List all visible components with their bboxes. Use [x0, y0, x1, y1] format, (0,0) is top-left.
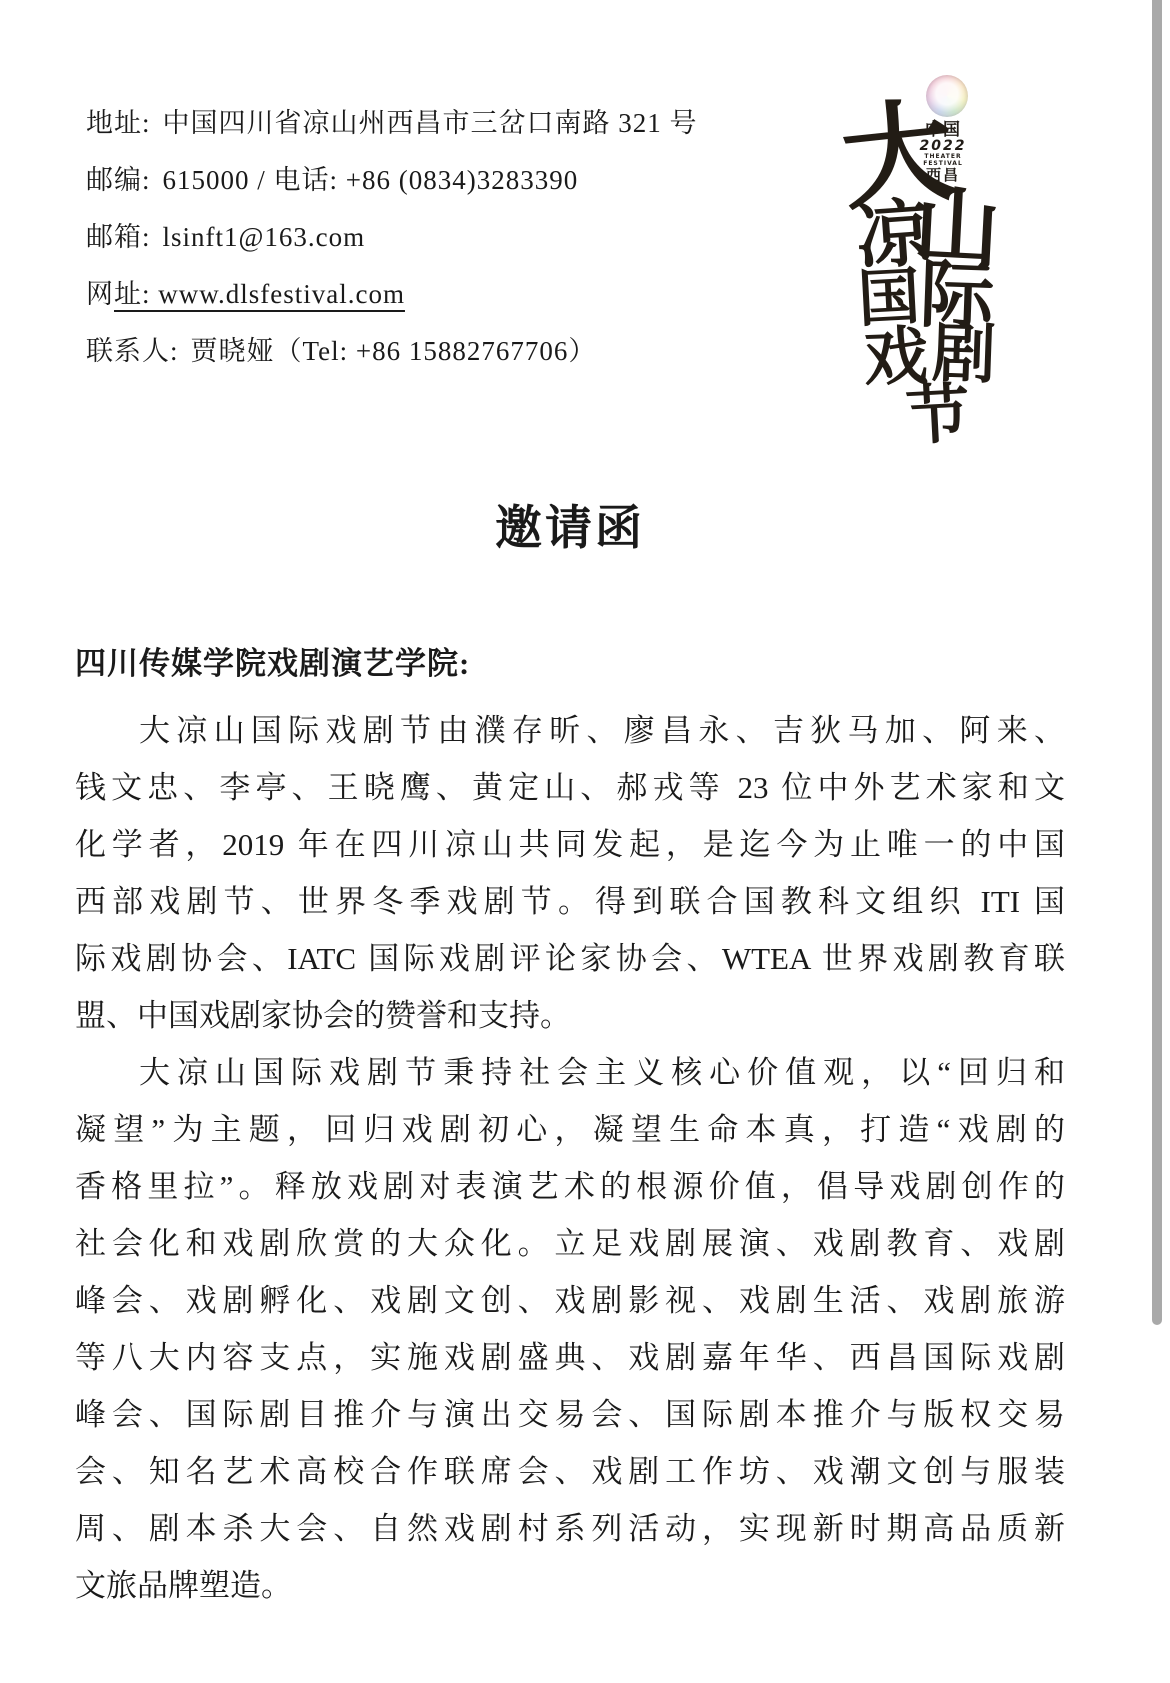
festival-logo: 中国 2022 THEATER FESTIVAL 西昌 大 凉 山 国 际 戏 … [790, 60, 1030, 470]
postcode-phone-line: 邮编:615000 / 电话: +86 (0834)3283390 [86, 152, 846, 209]
body-line: 凝望”为主题，回归戏剧初心，凝望生命本真，打造“戏剧的 [75, 1101, 1065, 1158]
body-line: 化学者，2019 年在四川凉山共同发起，是迄今为止唯一的中国 [75, 816, 1065, 873]
postcode-phone-value: 615000 / 电话: +86 (0834)3283390 [163, 165, 579, 195]
website-line: 网址: www.dlsfestival.com [86, 266, 846, 323]
body-line: 西部戏剧节、世界冬季戏剧节。得到联合国教科文组织 ITI 国 [75, 873, 1065, 930]
body-line: 峰会、戏剧孵化、戏剧文创、戏剧影视、戏剧生活、戏剧旅游 [75, 1272, 1065, 1329]
email-label: 邮箱: [86, 222, 151, 252]
salutation: 四川传媒学院戏剧演艺学院: [75, 643, 470, 685]
website-label-prefix: 网 [86, 279, 114, 309]
address-label: 地址: [86, 108, 151, 138]
body-line: 峰会、国际剧目推介与演出交易会、国际剧本推介与版权交易 [75, 1386, 1065, 1443]
body-line: 盟、中国戏剧家协会的赞誉和支持。 [75, 987, 1065, 1044]
website-link[interactable]: 址: www.dlsfestival.com [114, 279, 405, 309]
contact-info-block: 地址:中国四川省凉山州西昌市三岔口南路 321 号 邮编:615000 / 电话… [86, 95, 846, 380]
address-value: 中国四川省凉山州西昌市三岔口南路 321 号 [163, 108, 698, 138]
body-line: 钱文忠、李亭、王晓鹰、黄定山、郝戎等 23 位中外艺术家和文 [75, 759, 1065, 816]
invitation-letter-page: 地址:中国四川省凉山州西昌市三岔口南路 321 号 邮编:615000 / 电话… [0, 0, 1170, 1683]
address-line: 地址:中国四川省凉山州西昌市三岔口南路 321 号 [86, 95, 846, 152]
email-value: lsinft1@163.com [163, 222, 366, 252]
contact-person-value: 贾晓娅（Tel: +86 15882767706） [191, 336, 597, 366]
body-line: 际戏剧协会、IATC 国际戏剧评论家协会、WTEA 世界戏剧教育联 [75, 930, 1065, 987]
body-line: 等八大内容支点，实施戏剧盛典、戏剧嘉年华、西昌国际戏剧 [75, 1329, 1065, 1386]
email-line: 邮箱:lsinft1@163.com [86, 209, 846, 266]
page-title: 邀请函 [75, 498, 1065, 560]
body-line: 会、知名艺术高校合作联席会、戏剧工作坊、戏潮文创与服装 [75, 1443, 1065, 1500]
logo-calligraphy-char: 节 [904, 382, 971, 449]
postcode-label: 邮编: [86, 165, 151, 195]
body-line: 大凉山国际戏剧节秉持社会主义核心价值观，以“回归和 [75, 1044, 1065, 1101]
letter-body: 大凉山国际戏剧节由濮存昕、廖昌永、吉狄马加、阿来、 钱文忠、李亭、王晓鹰、黄定山… [75, 702, 1065, 1614]
body-line: 大凉山国际戏剧节由濮存昕、廖昌永、吉狄马加、阿来、 [75, 702, 1065, 759]
body-line: 周、剧本杀大会、自然戏剧村系列活动，实现新时期高品质新 [75, 1500, 1065, 1557]
body-line: 社会化和戏剧欣赏的大众化。立足戏剧展演、戏剧教育、戏剧 [75, 1215, 1065, 1272]
contact-person-line: 联系人:贾晓娅（Tel: +86 15882767706） [86, 323, 846, 380]
contact-person-label: 联系人: [86, 336, 179, 366]
body-line: 文旅品牌塑造。 [75, 1557, 1065, 1614]
scrollbar-thumb[interactable] [1152, 0, 1162, 1325]
body-line: 香格里拉”。释放戏剧对表演艺术的根源价值，倡导戏剧创作的 [75, 1158, 1065, 1215]
